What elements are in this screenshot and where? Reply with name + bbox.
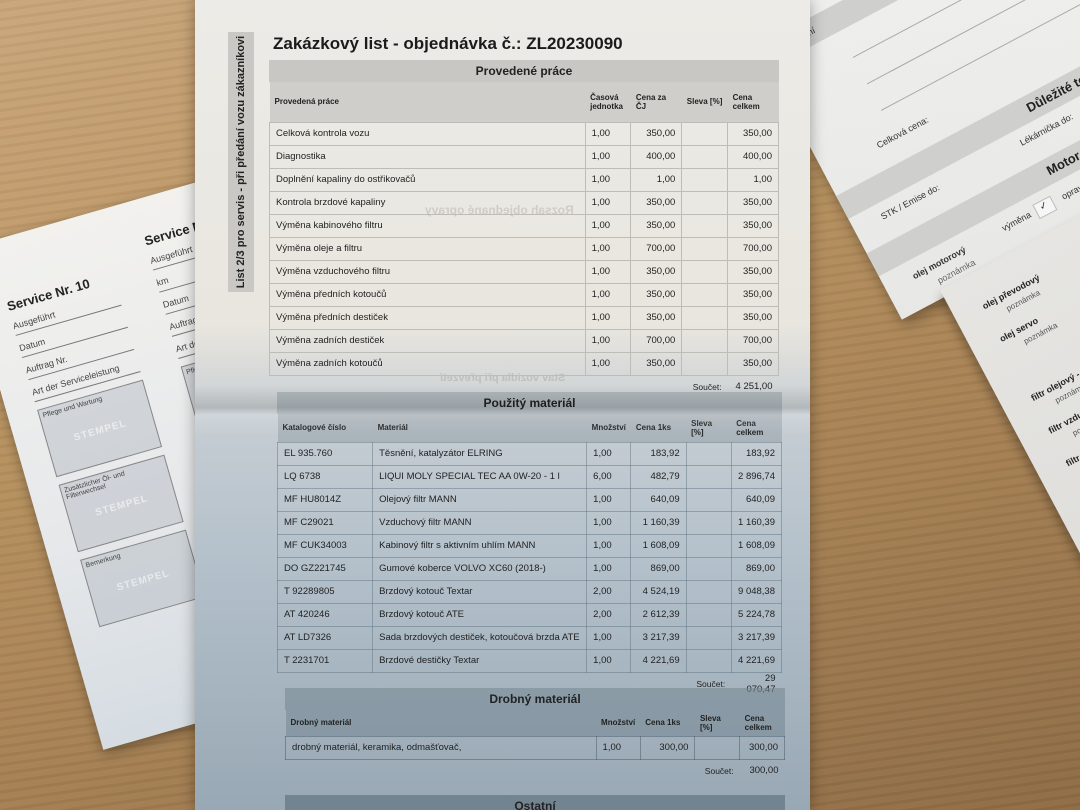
table-row: Doplnění kapaliny do ostřikovačů1,001,00… bbox=[270, 168, 779, 191]
quantity-cell: 1,00 bbox=[585, 168, 631, 191]
copy-label: List 2/3 pro servis - při předání vozu z… bbox=[228, 32, 254, 292]
total-cell: 350,00 bbox=[728, 306, 779, 329]
remark-label: Bemerkung bbox=[85, 553, 121, 570]
total-cell: 1 160,39 bbox=[731, 511, 781, 534]
material-name-cell: Sada brzdových destiček, kotoučová brzda… bbox=[373, 626, 587, 649]
total-cell: 9 048,38 bbox=[731, 580, 781, 603]
col-header: Drobný materiál bbox=[286, 710, 597, 736]
unit-price-cell: 869,00 bbox=[631, 557, 686, 580]
unit-price-cell: 183,92 bbox=[631, 442, 686, 465]
table-row: MF CUK34003Kabinový filtr s aktivním uhl… bbox=[278, 534, 782, 557]
unit-price-cell: 350,00 bbox=[631, 283, 682, 306]
table-row: T 92289805Brzdový kotouč Textar2,004 524… bbox=[278, 580, 782, 603]
total-cell: 869,00 bbox=[731, 557, 781, 580]
catalog-number-cell: T 92289805 bbox=[278, 580, 373, 603]
material-table-body: EL 935.760Těsnění, katalyzátor ELRING1,0… bbox=[278, 442, 782, 672]
col-header: Sleva [%] bbox=[682, 82, 728, 122]
col-header: Katalogové číslo bbox=[278, 414, 373, 442]
work-name-cell: Výměna předních destiček bbox=[270, 306, 586, 329]
discount-cell bbox=[686, 557, 731, 580]
col-header: Časová jednotka bbox=[585, 82, 631, 122]
work-name-cell: Výměna zadních kotoučů bbox=[270, 352, 586, 375]
table-row: MF C29021Vzduchový filtr MANN1,001 160,3… bbox=[278, 511, 782, 534]
total-cell: 350,00 bbox=[728, 260, 779, 283]
unit-price-cell: 3 217,39 bbox=[631, 626, 686, 649]
material-table-header: Katalogové číslo Materiál Množství Cena … bbox=[278, 414, 782, 442]
small-material-table-body: drobný materiál, keramika, odmašťovač,1,… bbox=[286, 736, 785, 759]
small-material-section: Drobný materiál Drobný materiál Množství… bbox=[285, 688, 785, 782]
material-name-cell: Brzdové destičky Textar bbox=[373, 649, 587, 672]
work-name-cell: Doplnění kapaliny do ostřikovačů bbox=[270, 168, 586, 191]
quantity-cell: 1,00 bbox=[587, 442, 631, 465]
quantity-cell: 1,00 bbox=[587, 511, 631, 534]
material-name-cell: Olejový filtr MANN bbox=[373, 488, 587, 511]
material-section: Použitý materiál Katalogové číslo Materi… bbox=[277, 392, 782, 695]
discount-cell bbox=[682, 329, 728, 352]
table-row: Výměna zadních kotoučů1,00350,00350,00 bbox=[270, 352, 779, 375]
quantity-cell: 1,00 bbox=[585, 145, 631, 168]
catalog-number-cell: MF HU8014Z bbox=[278, 488, 373, 511]
catalog-number-cell: MF CUK34003 bbox=[278, 534, 373, 557]
total-cell: 350,00 bbox=[728, 214, 779, 237]
col-header: Sleva [%] bbox=[695, 710, 740, 736]
discount-cell bbox=[686, 603, 731, 626]
unit-price-cell: 350,00 bbox=[631, 122, 682, 145]
quantity-cell: 1,00 bbox=[585, 352, 631, 375]
work-table-body: Celková kontrola vozu1,00350,00350,00Dia… bbox=[270, 122, 779, 375]
total-cell: 700,00 bbox=[728, 237, 779, 260]
quantity-cell: 1,00 bbox=[585, 214, 631, 237]
material-name-cell: Brzdový kotouč ATE bbox=[373, 603, 587, 626]
work-name-cell: Kontrola brzdové kapaliny bbox=[270, 191, 586, 214]
catalog-number-cell: AT LD7326 bbox=[278, 626, 373, 649]
table-row: Výměna zadních destiček1,00700,00700,00 bbox=[270, 329, 779, 352]
quantity-cell: 1,00 bbox=[585, 260, 631, 283]
quantity-cell: 1,00 bbox=[596, 736, 640, 759]
discount-cell bbox=[682, 237, 728, 260]
unit-price-cell: 700,00 bbox=[631, 237, 682, 260]
quantity-cell: 1,00 bbox=[585, 191, 631, 214]
col-header: Sleva [%] bbox=[686, 414, 731, 442]
discount-cell bbox=[682, 306, 728, 329]
material-name-cell: Gumové koberce VOLVO XC60 (2018-) bbox=[373, 557, 587, 580]
work-table-header: Provedená práce Časová jednotka Cena za … bbox=[270, 82, 779, 122]
unit-price-cell: 4 524,19 bbox=[631, 580, 686, 603]
catalog-number-cell: DO GZ221745 bbox=[278, 557, 373, 580]
unit-price-cell: 350,00 bbox=[631, 214, 682, 237]
discount-cell bbox=[682, 352, 728, 375]
quantity-cell: 1,00 bbox=[585, 306, 631, 329]
quantity-cell: 2,00 bbox=[587, 580, 631, 603]
discount-cell bbox=[686, 465, 731, 488]
discount-cell bbox=[682, 122, 728, 145]
table-row: LQ 6738LIQUI MOLY SPECIAL TEC AA 0W-20 -… bbox=[278, 465, 782, 488]
work-name-cell: Výměna vzduchového filtru bbox=[270, 260, 586, 283]
material-name-cell: Kabinový filtr s aktivním uhlím MANN bbox=[373, 534, 587, 557]
document-title: Zakázkový list - objednávka č.: ZL202300… bbox=[273, 34, 623, 54]
work-name-cell: Celková kontrola vozu bbox=[270, 122, 586, 145]
quantity-cell: 1,00 bbox=[585, 283, 631, 306]
discount-cell bbox=[686, 649, 731, 672]
discount-cell bbox=[682, 260, 728, 283]
material-name-cell: Vzduchový filtr MANN bbox=[373, 511, 587, 534]
total-cell: 1 608,09 bbox=[731, 534, 781, 557]
col-header: Cena 1ks bbox=[631, 414, 686, 442]
discount-cell bbox=[686, 488, 731, 511]
total-cell: 5 224,78 bbox=[731, 603, 781, 626]
work-section: Provedené práce Provedená práce Časová j… bbox=[269, 60, 779, 398]
quantity-cell: 1,00 bbox=[587, 626, 631, 649]
col-header: Cena 1ks bbox=[640, 710, 695, 736]
quantity-cell: 6,00 bbox=[587, 465, 631, 488]
unit-price-cell: 350,00 bbox=[631, 306, 682, 329]
catalog-number-cell: T 2231701 bbox=[278, 649, 373, 672]
order-sheet: Rozsah objednané opravy Stav vozidla při… bbox=[195, 0, 810, 810]
quantity-cell: 1,00 bbox=[587, 649, 631, 672]
catalog-number-cell: LQ 6738 bbox=[278, 465, 373, 488]
other-section-title: Ostatní bbox=[285, 795, 785, 810]
total-cell: 640,09 bbox=[731, 488, 781, 511]
col-header: Množství bbox=[587, 414, 631, 442]
table-row: Výměna předních kotoučů1,00350,00350,00 bbox=[270, 283, 779, 306]
table-row: Kontrola brzdové kapaliny1,00350,00350,0… bbox=[270, 191, 779, 214]
sum-label: Součet: bbox=[286, 759, 740, 782]
other-section: Ostatní bbox=[285, 795, 785, 810]
total-cell: 3 217,39 bbox=[731, 626, 781, 649]
small-material-sum-row: Součet: 300,00 bbox=[286, 759, 785, 782]
small-material-name-cell: drobný materiál, keramika, odmašťovač, bbox=[286, 736, 597, 759]
work-table: Provedená práce Časová jednotka Cena za … bbox=[269, 82, 779, 398]
quantity-cell: 2,00 bbox=[587, 603, 631, 626]
unit-price-cell: 350,00 bbox=[631, 191, 682, 214]
discount-cell bbox=[682, 145, 728, 168]
unit-price-cell: 350,00 bbox=[631, 260, 682, 283]
work-name-cell: Výměna kabinového filtru bbox=[270, 214, 586, 237]
table-row: Výměna oleje a filtru1,00700,00700,00 bbox=[270, 237, 779, 260]
col-header: Cena za ČJ bbox=[631, 82, 682, 122]
discount-cell bbox=[682, 191, 728, 214]
unit-price-cell: 482,79 bbox=[631, 465, 686, 488]
unit-price-cell: 2 612,39 bbox=[631, 603, 686, 626]
total-cell: 400,00 bbox=[728, 145, 779, 168]
table-row: EL 935.760Těsnění, katalyzátor ELRING1,0… bbox=[278, 442, 782, 465]
quantity-cell: 1,00 bbox=[587, 534, 631, 557]
discount-cell bbox=[682, 168, 728, 191]
check-label: oprava bbox=[1060, 180, 1080, 202]
small-material-sum-value: 300,00 bbox=[740, 759, 785, 782]
total-cell: 700,00 bbox=[728, 329, 779, 352]
catalog-number-cell: AT 420246 bbox=[278, 603, 373, 626]
total-cell: 350,00 bbox=[728, 283, 779, 306]
discount-cell bbox=[686, 442, 731, 465]
table-row: AT LD7326Sada brzdových destiček, kotouč… bbox=[278, 626, 782, 649]
unit-price-cell: 640,09 bbox=[631, 488, 686, 511]
col-header: Množství bbox=[596, 710, 640, 736]
line bbox=[867, 0, 1080, 84]
total-cell: 300,00 bbox=[740, 736, 785, 759]
total-price-label: Celková cena: bbox=[875, 115, 930, 151]
table-row: Diagnostika1,00400,00400,00 bbox=[270, 145, 779, 168]
material-name-cell: Brzdový kotouč Textar bbox=[373, 580, 587, 603]
work-name-cell: Výměna zadních destiček bbox=[270, 329, 586, 352]
quantity-cell: 1,00 bbox=[585, 329, 631, 352]
table-row: T 2231701Brzdové destičky Textar1,004 22… bbox=[278, 649, 782, 672]
catalog-number-cell: MF C29021 bbox=[278, 511, 373, 534]
small-material-table: Drobný materiál Množství Cena 1ks Sleva … bbox=[285, 710, 785, 782]
unit-price-cell: 300,00 bbox=[640, 736, 695, 759]
unit-price-cell: 1 160,39 bbox=[631, 511, 686, 534]
discount-cell bbox=[695, 736, 740, 759]
small-material-table-header: Drobný materiál Množství Cena 1ks Sleva … bbox=[286, 710, 785, 736]
col-header: Cena celkem bbox=[728, 82, 779, 122]
work-name-cell: Výměna předních kotoučů bbox=[270, 283, 586, 306]
catalog-number-cell: EL 935.760 bbox=[278, 442, 373, 465]
quantity-cell: 1,00 bbox=[585, 122, 631, 145]
unit-price-cell: 350,00 bbox=[631, 352, 682, 375]
discount-cell bbox=[686, 626, 731, 649]
table-row: AT 420246Brzdový kotouč ATE2,002 612,395… bbox=[278, 603, 782, 626]
table-row: Celková kontrola vozu1,00350,00350,00 bbox=[270, 122, 779, 145]
discount-cell bbox=[686, 580, 731, 603]
col-header: Provedená práce bbox=[270, 82, 586, 122]
copy-label-strip: List 2/3 pro servis - při předání vozu z… bbox=[228, 32, 254, 292]
unit-price-cell: 400,00 bbox=[631, 145, 682, 168]
discount-cell bbox=[686, 511, 731, 534]
table-row: Výměna vzduchového filtru1,00350,00350,0… bbox=[270, 260, 779, 283]
work-section-title: Provedené práce bbox=[269, 60, 779, 82]
quantity-cell: 1,00 bbox=[587, 488, 631, 511]
table-row: MF HU8014ZOlejový filtr MANN1,00640,0964… bbox=[278, 488, 782, 511]
maintenance-box-label: Pflege und Wartung bbox=[42, 396, 103, 420]
table-row: Výměna kabinového filtru1,00350,00350,00 bbox=[270, 214, 779, 237]
total-cell: 183,92 bbox=[731, 442, 781, 465]
total-cell: 1,00 bbox=[728, 168, 779, 191]
total-cell: 2 896,74 bbox=[731, 465, 781, 488]
work-name-cell: Výměna oleje a filtru bbox=[270, 237, 586, 260]
work-name-cell: Diagnostika bbox=[270, 145, 586, 168]
discount-cell bbox=[682, 283, 728, 306]
total-cell: 350,00 bbox=[728, 352, 779, 375]
material-section-title: Použitý materiál bbox=[277, 392, 782, 414]
material-table: Katalogové číslo Materiál Množství Cena … bbox=[277, 414, 782, 695]
table-row: DO GZ221745Gumové koberce VOLVO XC60 (20… bbox=[278, 557, 782, 580]
col-header: Cena celkem bbox=[731, 414, 781, 442]
table-row: drobný materiál, keramika, odmašťovač,1,… bbox=[286, 736, 785, 759]
material-name-cell: LIQUI MOLY SPECIAL TEC AA 0W-20 - 1 l bbox=[373, 465, 587, 488]
oil-filter-change-label: Zusätzlicher Öl- und Filterwechsel bbox=[64, 470, 126, 501]
unit-price-cell: 1,00 bbox=[631, 168, 682, 191]
stamp-placeholder: STEMPEL bbox=[47, 410, 154, 450]
unit-price-cell: 700,00 bbox=[631, 329, 682, 352]
quantity-cell: 1,00 bbox=[585, 237, 631, 260]
col-header: Materiál bbox=[373, 414, 587, 442]
small-material-section-title: Drobný materiál bbox=[285, 688, 785, 710]
col-header: Cena celkem bbox=[740, 710, 785, 736]
total-cell: 350,00 bbox=[728, 191, 779, 214]
unit-price-cell: 4 221,69 bbox=[631, 649, 686, 672]
unit-price-cell: 1 608,09 bbox=[631, 534, 686, 557]
material-name-cell: Těsnění, katalyzátor ELRING bbox=[373, 442, 587, 465]
discount-cell bbox=[682, 214, 728, 237]
total-cell: 350,00 bbox=[728, 122, 779, 145]
quantity-cell: 1,00 bbox=[587, 557, 631, 580]
table-row: Výměna předních destiček1,00350,00350,00 bbox=[270, 306, 779, 329]
total-cell: 4 221,69 bbox=[731, 649, 781, 672]
stamp-placeholder: STEMPEL bbox=[90, 560, 197, 600]
discount-cell bbox=[686, 534, 731, 557]
